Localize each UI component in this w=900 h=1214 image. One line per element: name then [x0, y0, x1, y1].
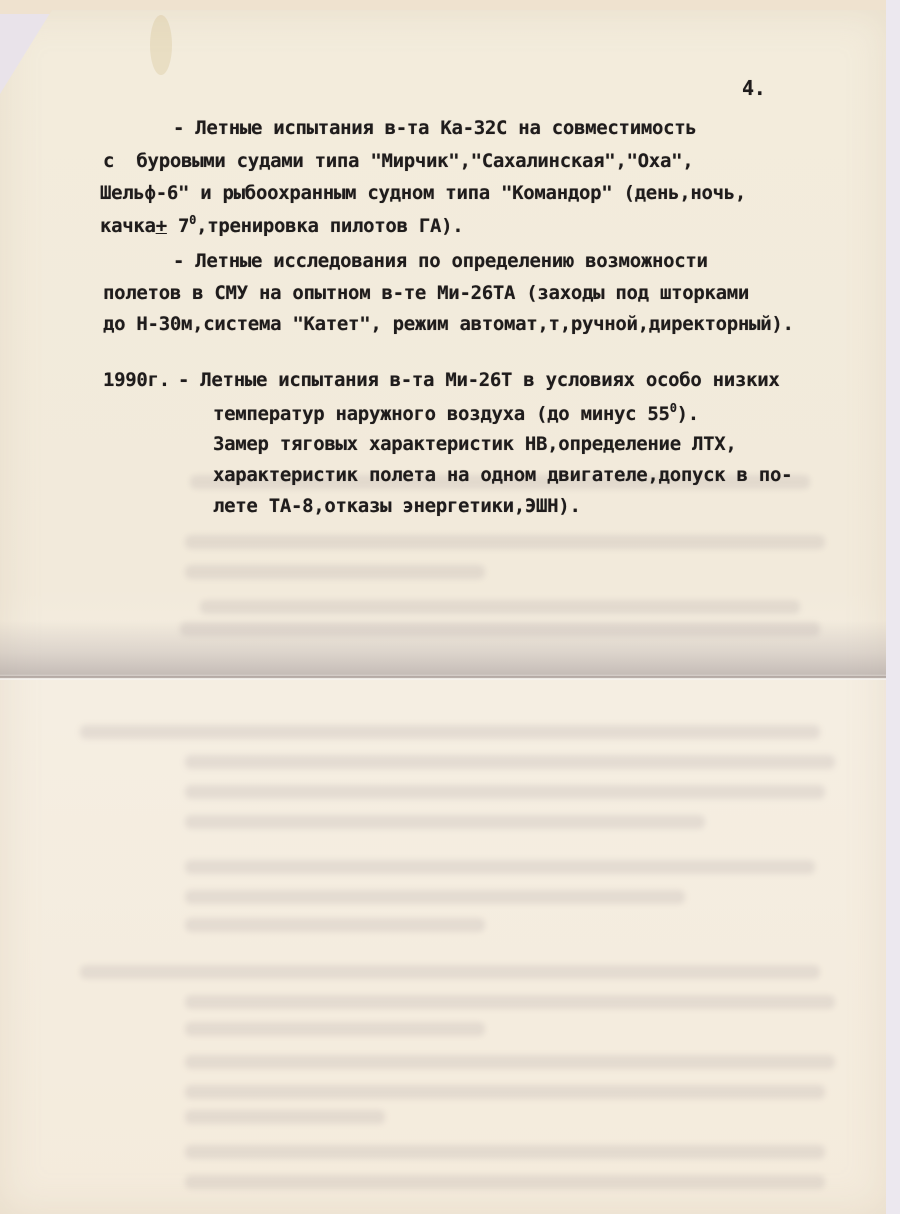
text-fragment: тренировка пилотов ГА).	[207, 215, 463, 237]
paragraph-2-line-3: до Н-30м,система "Катет", режим автомат,…	[103, 313, 794, 335]
paragraph-3-line-1: - Летные испытания в-та Ми-26Т в условия…	[178, 369, 780, 391]
paragraph-1-line-2: с буровыми судами типа "Мирчик","Сахалин…	[103, 150, 693, 172]
text-fragment: температур наружного воздуха (до минус 5…	[213, 403, 670, 425]
paragraph-3-line-3: Замер тяговых характеристик НВ,определен…	[213, 433, 737, 455]
paragraph-2-line-2: полетов в СМУ на опытном в-те Ми-26ТА (з…	[103, 282, 749, 304]
angle-value: 7	[167, 215, 189, 237]
paragraph-1-line-4: качка+ 70,тренировка пилотов ГА).	[100, 213, 463, 237]
text-fragment: качка	[100, 215, 156, 237]
paragraph-1-line-1: - Летные испытания в-та Ка-32С на совмес…	[173, 117, 697, 139]
plus-minus-sign: +	[156, 215, 167, 237]
text-fragment: ).	[677, 403, 699, 425]
typewritten-page: 4. - Летные испытания в-та Ка-32С на сов…	[0, 0, 900, 1214]
paragraph-3-line-4: характеристик полета на одном двигателе,…	[213, 464, 792, 486]
paragraph-1-line-3: Шельф-6" и рыбоохранным судном типа "Ком…	[100, 182, 746, 204]
degree-mark: 0	[670, 401, 677, 415]
paragraph-2-line-1: - Летные исследования по определению воз…	[173, 250, 708, 272]
text-fragment: ,	[196, 215, 207, 237]
page-number: 4.	[742, 76, 765, 100]
paragraph-3-line-2: температур наружного воздуха (до минус 5…	[213, 401, 699, 425]
year-label: 1990г.	[103, 369, 170, 391]
paragraph-3-line-5: лете ТА-8,отказы энергетики,ЭШН).	[213, 495, 581, 517]
